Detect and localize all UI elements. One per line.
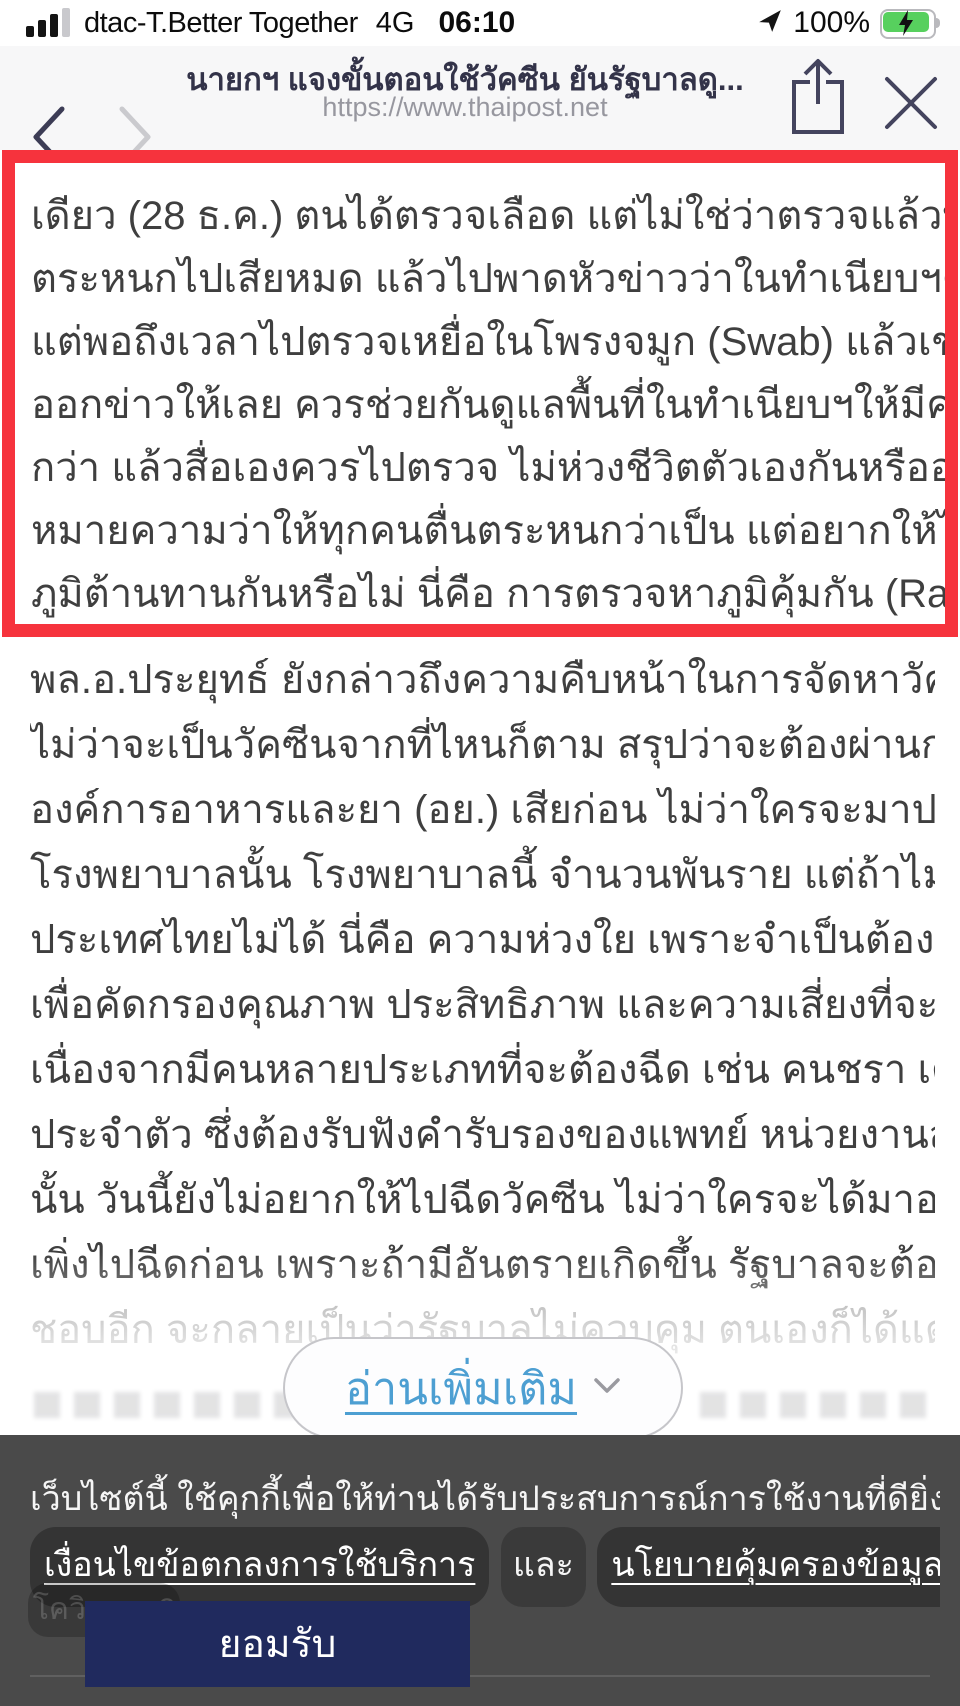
network-type-label: 4G [376, 7, 415, 40]
privacy-link[interactable]: นโยบายคุ้มครองข้อมูลส่วนบุคคล [597, 1527, 940, 1607]
carrier-label: dtac-T.Better Together [84, 7, 358, 40]
article-line: ไม่ว่าจะเป็นวัคซีนจากที่ไหนก็ตาม สรุปว่า… [30, 713, 935, 778]
article-line: ภูมิต้านทานกันหรือไม่ นี่คือ การตรวจหาภู… [31, 563, 945, 626]
article-line: เนื่องจากมีคนหลายประเภทที่จะต้องฉีด เช่น… [30, 1038, 935, 1103]
article-line: หมายความว่าให้ทุกคนตื่นตระหนกว่าเป็น แต่… [31, 500, 945, 563]
article-line: ประจำตัว ซึ่งต้องรับฟังคำรับรองของแพทย์ … [30, 1103, 935, 1168]
page-url: https://www.thaipost.net [150, 92, 780, 123]
faded-text-fragment [700, 1392, 930, 1418]
read-more-button[interactable]: อ่านเพิ่มเติม [283, 1337, 683, 1439]
browser-nav-bar: นายกฯ แจงขั้นตอนใช้วัคซีน ยันรัฐบาลดู...… [0, 46, 960, 150]
article-line: ตระหนกไปเสียหมด แล้วไปพาดหัวข่าวว่าในทำเ… [31, 248, 945, 311]
cookie-banner: เว็บไซต์นี้ ใช้คุกกี้เพื่อให้ท่านได้รับป… [0, 1435, 960, 1706]
article-line: เพื่อคัดกรองคุณภาพ ประสิทธิภาพ และความเส… [30, 973, 935, 1038]
article-line: ประเทศไทยไม่ได้ นี่คือ ความห่วงใย เพราะจ… [30, 908, 935, 973]
location-arrow-icon [757, 7, 783, 40]
clock-label: 06:10 [438, 6, 515, 40]
highlighted-paragraph: เดียว (28 ธ.ค.) ตนได้ตรวจเลือด แต่ไม่ใช่… [2, 150, 958, 637]
article-line: แต่พอถึงเวลาไปตรวจเหยื่อในโพรงจมูก (Swab… [31, 311, 945, 374]
article-line: เพิ่งไปฉีดก่อน เพราะถ้ามีอันตรายเกิดขึ้น… [30, 1233, 935, 1298]
battery-charging-icon [880, 8, 942, 38]
article-line: โรงพยาบาลนั้น โรงพยาบาลนี้ จำนวนพันราย แ… [30, 843, 935, 908]
article-line: เดียว (28 ธ.ค.) ตนได้ตรวจเลือด แต่ไม่ใช่… [31, 185, 945, 248]
article-line: พล.อ.ประยุทธ์ ยังกล่าวถึงความคืบหน้าในกา… [30, 648, 935, 713]
status-bar: dtac-T.Better Together 4G 06:10 100% [0, 0, 960, 46]
close-icon[interactable] [882, 74, 940, 132]
read-more-label: อ่านเพิ่มเติม [345, 1352, 577, 1424]
article-paragraph: พล.อ.ประยุทธ์ ยังกล่าวถึงความคืบหน้าในกา… [30, 648, 935, 1363]
article-line: ออกข่าวให้เลย ควรช่วยกันดูแลพื้นที่ในทำเ… [31, 374, 945, 437]
cookie-message: เว็บไซต์นี้ ใช้คุกกี้เพื่อให้ท่านได้รับป… [30, 1471, 940, 1525]
article-line: นั้น วันนี้ยังไม่อยากให้ไปฉีดวัคซีน ไม่ว… [30, 1168, 935, 1233]
mobile-screen: dtac-T.Better Together 4G 06:10 100% นาย… [0, 0, 960, 1706]
accept-cookies-button[interactable]: ยอมรับ [85, 1601, 470, 1687]
signal-bars-icon [26, 7, 70, 40]
conjunction-label: และ [501, 1527, 586, 1607]
article-line: กว่า แล้วสื่อเองควรไปตรวจ ไม่ห่วงชีวิตตั… [31, 437, 945, 500]
share-icon[interactable] [788, 56, 848, 140]
chevron-down-icon [593, 1377, 621, 1400]
article-line: องค์การอาหารและยา (อย.) เสียก่อน ไม่ว่าใ… [30, 778, 935, 843]
battery-percent-label: 100% [793, 6, 870, 40]
